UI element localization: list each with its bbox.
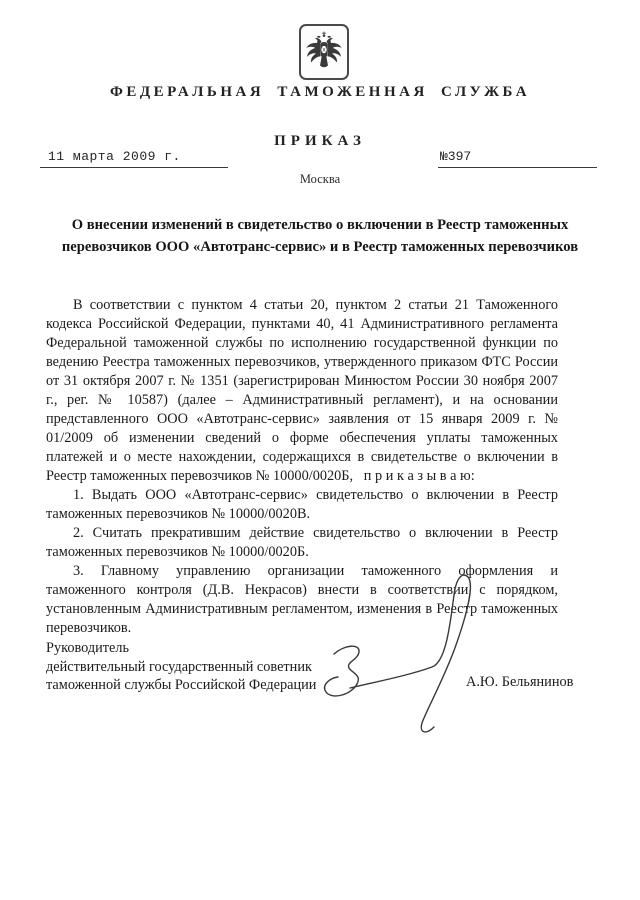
signatory-position: Руководитель действительный государствен… [46,639,316,695]
signatory-position-line: Руководитель [46,639,316,658]
body-paragraph-item-2: 2. Считать прекратившим действие свидете… [46,524,558,562]
date-field: 11 марта 2009 г. [40,149,228,168]
doc-type-heading: ПРИКАЗ [0,133,640,150]
city-label: Москва [0,172,640,187]
double-headed-eagle-icon [304,29,344,75]
coat-of-arms-emblem [299,24,349,80]
body-paragraph-item-1: 1. Выдать ООО «Автотранс-сервис» свидете… [46,486,558,524]
doc-title: О внесении изменений в свидетельство о в… [55,214,585,258]
signatory-position-line: таможенной службы Российской Федерации [46,676,316,695]
signatory-position-line: действительный государственный советник [46,658,316,677]
document-page: ФЕДЕРАЛЬНАЯ ТАМОЖЕННАЯ СЛУЖБА ПРИКАЗ 11 … [0,0,640,900]
body-paragraph-preamble: В соответствии с пунктом 4 статьи 20, пу… [46,296,558,486]
handwritten-signature [298,563,503,748]
org-name-heading: ФЕДЕРАЛЬНАЯ ТАМОЖЕННАЯ СЛУЖБА [0,84,640,101]
number-field: №397 [438,149,597,168]
